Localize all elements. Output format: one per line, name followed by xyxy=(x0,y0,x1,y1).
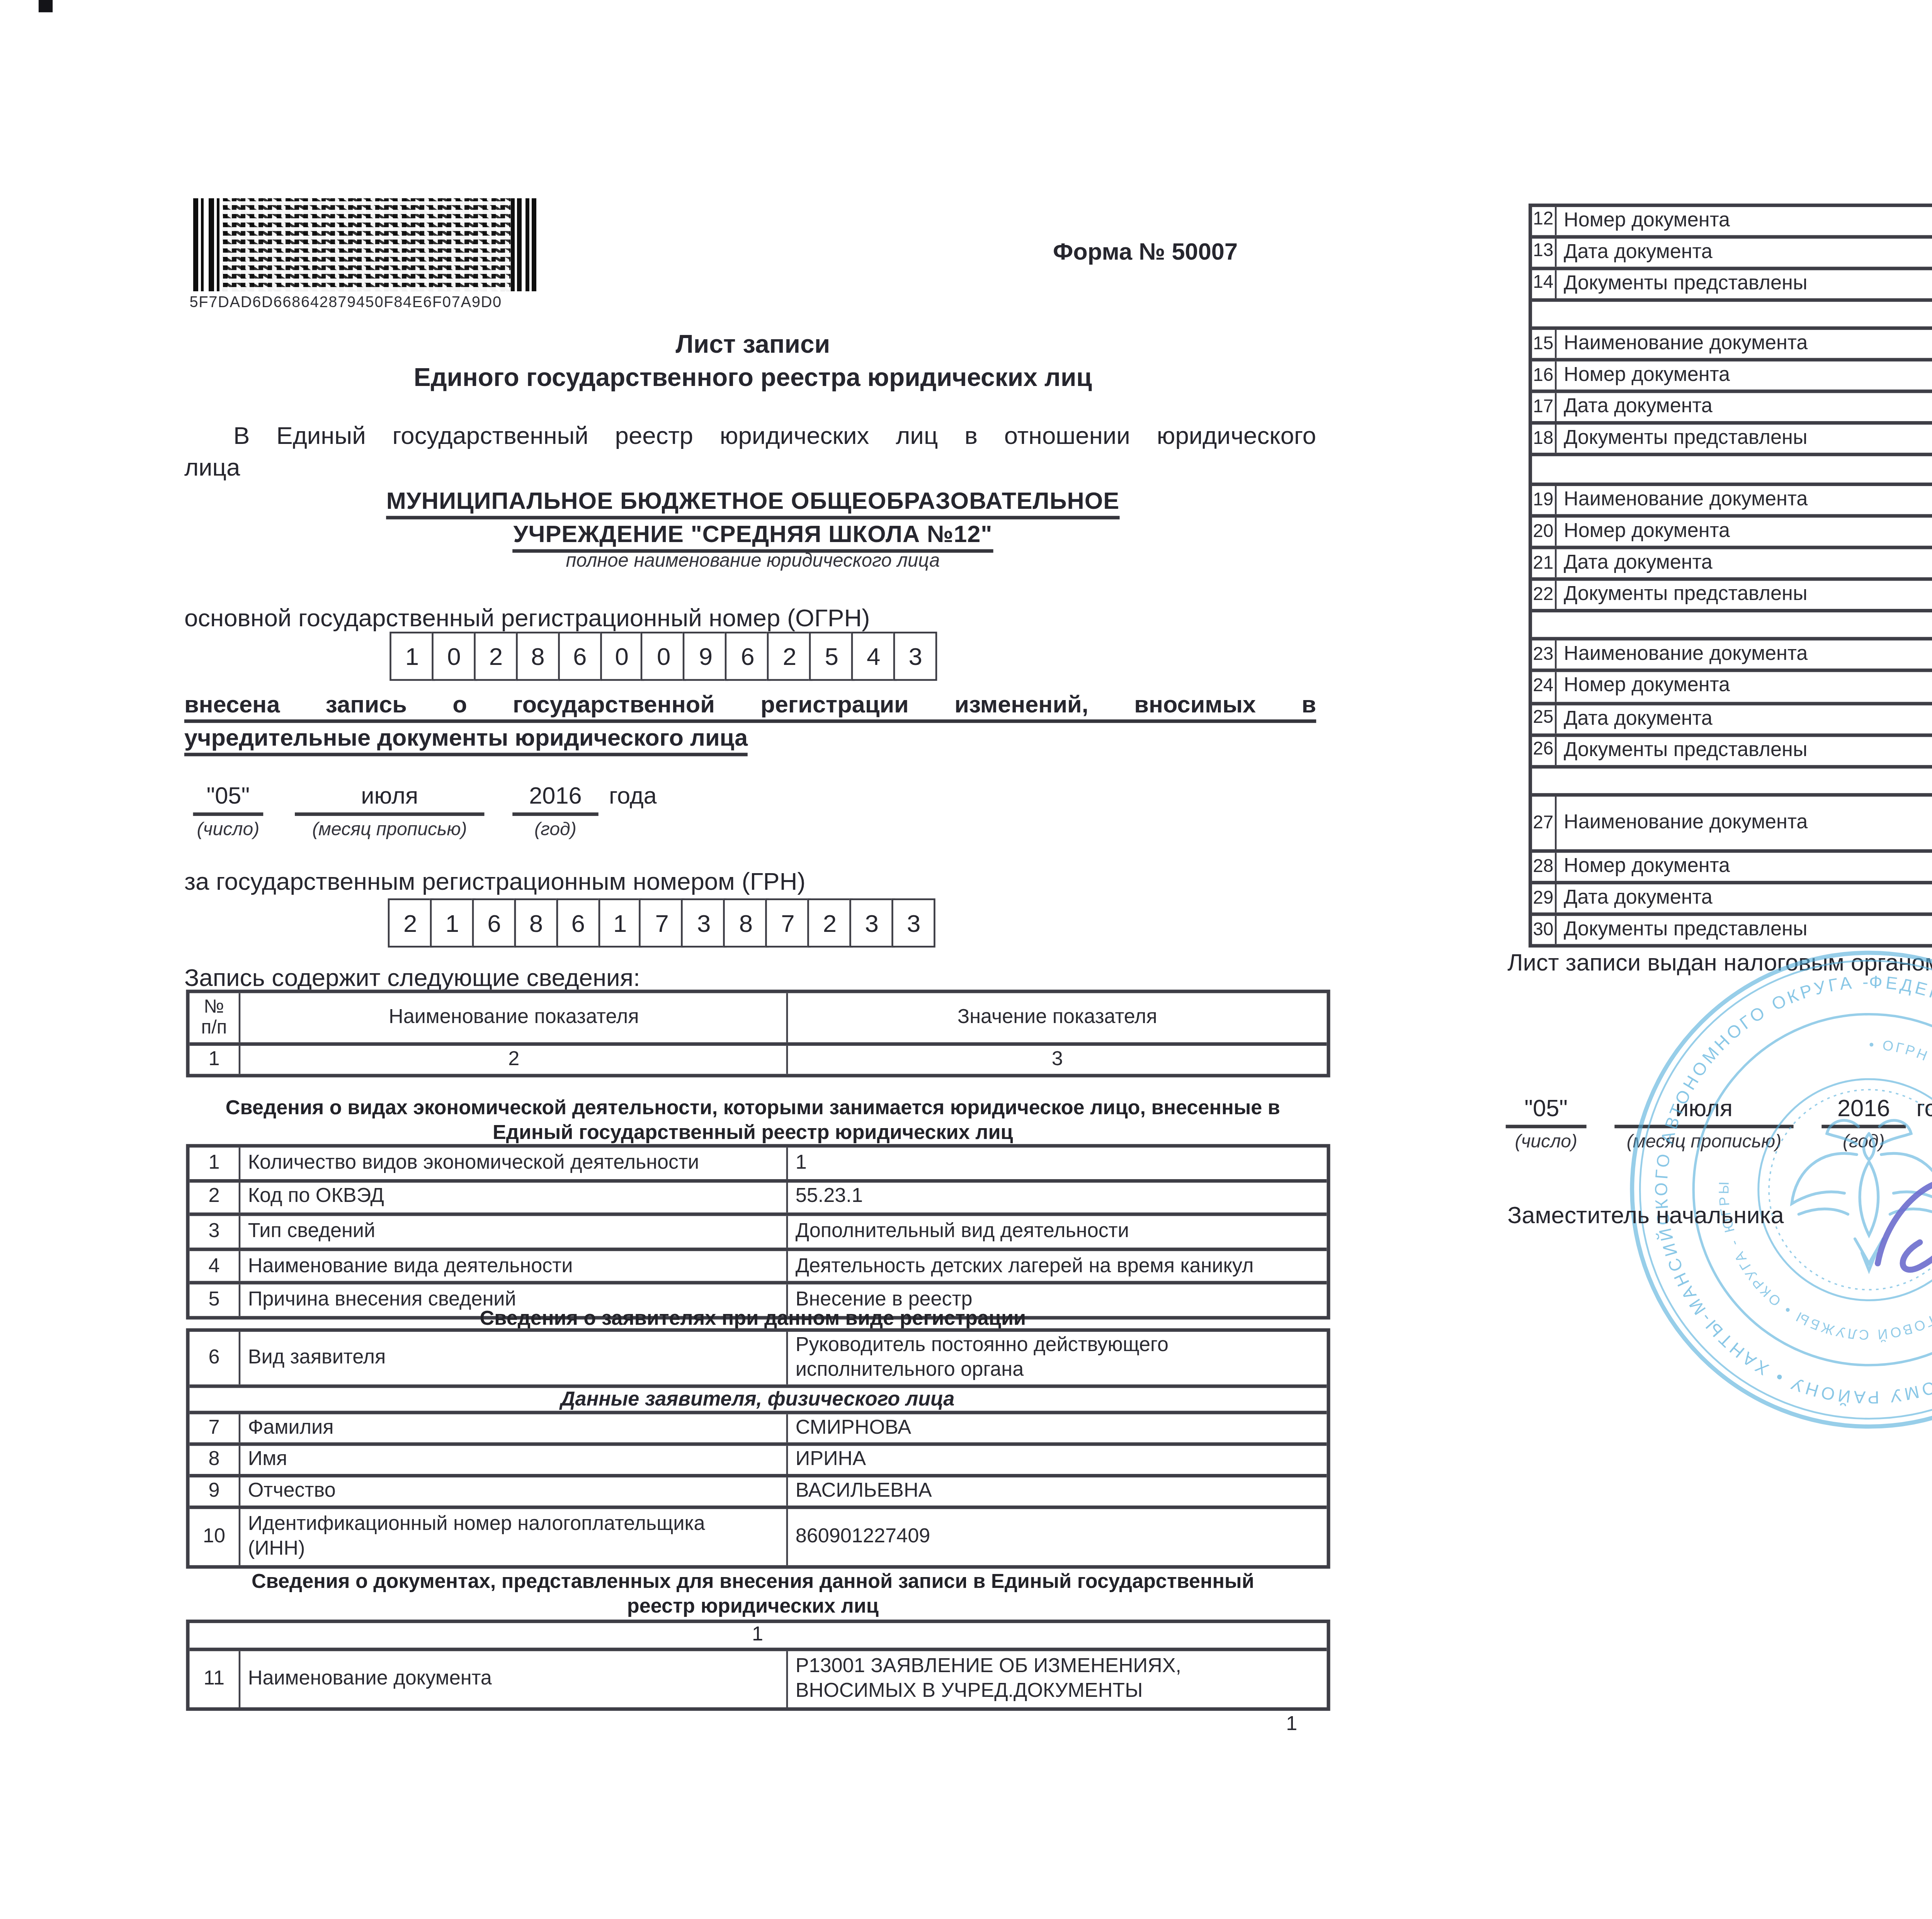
grn-digit: 8 xyxy=(514,898,558,947)
row-num: 2 xyxy=(189,1182,239,1213)
table-row: 25 Дата документа 16.06.2016 xyxy=(1531,701,1932,733)
row-label: Номер документа xyxy=(1555,517,1932,546)
ogrn-digit: 8 xyxy=(515,632,560,681)
statement-line2: учредительные документы юридического лиц… xyxy=(184,723,748,756)
row-num: 24 xyxy=(1531,673,1555,701)
documents-table-p1: 1 11 Наименование документа Р13001 ЗАЯВЛ… xyxy=(185,1620,1330,1711)
row-value: Р13001 ЗАЯВЛЕНИЕ ОБ ИЗМЕНЕНИЯХ, ВНОСИМЫХ… xyxy=(787,1651,1326,1707)
grn-digit: 7 xyxy=(639,898,684,947)
row-value: Руководитель постоянно действующего испо… xyxy=(787,1332,1326,1384)
org-name-line2: УЧРЕЖДЕНИЕ "СРЕДНЯЯ ШКОЛА №12" xyxy=(184,518,1321,552)
ogrn-label: основной государственный регистрационный… xyxy=(184,603,870,632)
row-label: Код по ОКВЭД xyxy=(239,1182,787,1213)
date-year-line xyxy=(512,812,599,816)
grn-digit: 2 xyxy=(388,898,433,947)
date-day-line xyxy=(1506,1125,1587,1128)
date-year-caption: (год) xyxy=(512,819,599,840)
row-label: Номер документа xyxy=(1555,362,1932,390)
document-group-row: 1 xyxy=(189,1623,1326,1648)
date-day-line xyxy=(193,812,264,816)
table-row: 7 Фамилия СМИРНОВА xyxy=(189,1411,1326,1443)
row-label: Наименование вида деятельности xyxy=(239,1251,787,1282)
col-index-3: 3 xyxy=(787,1046,1326,1074)
row-num: 25 xyxy=(1531,704,1555,733)
table-row: 19 Наименование документа ИЗМЕНЕНИЯ К УС… xyxy=(1531,483,1932,514)
table-row: 4 Наименование вида деятельности Деятель… xyxy=(189,1247,1326,1282)
row-value: Дополнительный вид деятельности xyxy=(787,1216,1326,1247)
table-row: 23 Наименование документа РАСПОРЯЖЕНИЕ xyxy=(1531,638,1932,670)
record-intro: Запись содержит следующие сведения: xyxy=(184,963,640,991)
table-row: 21 Дата документа 23.06.2016 xyxy=(1531,546,1932,577)
ogrn-digit: 5 xyxy=(809,632,854,681)
form-number-label: Форма № 50007 xyxy=(1053,239,1238,265)
applicants-table: 6 Вид заявителя Руководитель постоянно д… xyxy=(185,1328,1330,1569)
ogrn-digit: 2 xyxy=(767,632,812,681)
page1-number: 1 xyxy=(1274,1714,1309,1735)
date-year: 2016 xyxy=(512,783,599,809)
row-num: 29 xyxy=(1531,884,1555,913)
row-label: Номер документа xyxy=(1555,673,1932,701)
section-applicants-heading: Сведения о заявителях при данном виде ре… xyxy=(184,1309,1321,1330)
table-row: 28 Номер документа 459 xyxy=(1531,849,1932,881)
table-row: 18 Документы представлены на бумажном но… xyxy=(1531,422,1932,454)
row-num: 1 xyxy=(189,1147,239,1178)
row-num: 3 xyxy=(189,1216,239,1247)
section-activities-heading2: Единый государственный реестр юридически… xyxy=(184,1122,1321,1143)
date-month-line xyxy=(295,812,485,816)
table-row: 30 Документы представлены на бумажном но… xyxy=(1531,913,1932,944)
col-num-header: №п/п xyxy=(189,993,239,1042)
scan-artifact-mark xyxy=(39,0,53,12)
row-label: Документы представлены xyxy=(1555,581,1932,609)
table-row: 2 Код по ОКВЭД 55.23.1 xyxy=(189,1178,1326,1213)
row-label: Вид заявителя xyxy=(239,1332,787,1384)
barcode-matrix xyxy=(223,198,511,291)
row-num: 8 xyxy=(189,1446,239,1474)
row-num: 15 xyxy=(1531,330,1555,359)
table-row: 20 Номер документа ЮБ/Н xyxy=(1531,514,1932,546)
date-day: "05" xyxy=(1506,1095,1587,1121)
applicant-subheading-row: Данные заявителя, физического лица xyxy=(189,1385,1326,1411)
document-group-row: 5 xyxy=(1531,764,1932,793)
table-row: 27 Наименование документа ДОКУМЕНТ ОБ ОП… xyxy=(1531,793,1932,849)
grn-digit: 3 xyxy=(682,898,726,947)
row-label: Отчество xyxy=(239,1477,787,1506)
row-num: 16 xyxy=(1531,362,1555,390)
row-label: Дата документа xyxy=(1555,704,1932,733)
org-name-line1: МУНИЦИПАЛЬНОЕ БЮДЖЕТНОЕ ОБЩЕОБРАЗОВАТЕЛЬ… xyxy=(184,486,1321,519)
row-num: 20 xyxy=(1531,517,1555,546)
row-value: 860901227409 xyxy=(787,1509,1326,1565)
row-label: Номер документа xyxy=(1555,853,1932,881)
barcode-caption: 5F7DAD6D668642879450F84E6F07A9D0 xyxy=(190,293,576,310)
row-num: 30 xyxy=(1531,916,1555,944)
row-num: 10 xyxy=(189,1509,239,1565)
table-row: 1 2 3 xyxy=(189,1042,1326,1074)
grn-digit: 2 xyxy=(807,898,852,947)
table-row: 10 Идентификационный номер налогоплатель… xyxy=(189,1506,1326,1565)
row-value: СМИРНОВА xyxy=(787,1414,1326,1443)
row-num: 23 xyxy=(1531,641,1555,670)
table-row: 12 Номер документа Б/Н xyxy=(1531,207,1932,235)
row-num: 27 xyxy=(1531,797,1555,849)
table-row: 1 Количество видов экономической деятель… xyxy=(189,1147,1326,1178)
grn-digit: 1 xyxy=(430,898,474,947)
ogrn-digit: 0 xyxy=(641,632,686,681)
section-documents-heading2: реестр юридических лиц xyxy=(184,1596,1321,1617)
date-year-suffix: года xyxy=(609,783,657,809)
row-label: Количество видов экономической деятельно… xyxy=(239,1147,787,1178)
documents-table-p2: 12 Номер документа Б/Н 13 Дата документа… xyxy=(1528,203,1932,948)
row-label: Идентификационный номер налогоплательщик… xyxy=(239,1509,787,1565)
barcode-left-bars xyxy=(193,198,223,291)
doc-title-line2: Единого государственного реестра юридиче… xyxy=(184,364,1321,392)
table-row: 15 Наименование документа ПРИКАЗ xyxy=(1531,327,1932,359)
document-scan-canvas: 5F7DAD6D668642879450F84E6F07A9D0 Форма №… xyxy=(0,0,1932,1919)
col-index-1: 1 xyxy=(189,1046,239,1074)
row-label: Тип сведений xyxy=(239,1216,787,1247)
grn-digit: 6 xyxy=(472,898,517,947)
table-row: 3 Тип сведений Дополнительный вид деятел… xyxy=(189,1213,1326,1247)
ogrn-digit: 0 xyxy=(599,632,644,681)
row-num: 26 xyxy=(1531,736,1555,764)
row-value: 1 xyxy=(787,1147,1326,1178)
row-label: Имя xyxy=(239,1446,787,1474)
ogrn-digit: 0 xyxy=(432,632,476,681)
table-row: 13 Дата документа 28.06.2016 xyxy=(1531,235,1932,267)
ogrn-digit: 6 xyxy=(558,632,602,681)
row-num: 14 xyxy=(1531,270,1555,298)
table-row: 22 Документы представлены на бумажном но… xyxy=(1531,577,1932,609)
grn-label: за государственным регистрационным номер… xyxy=(184,867,806,895)
table-row: 11 Наименование документа Р13001 ЗАЯВЛЕН… xyxy=(189,1648,1326,1707)
row-num: 6 xyxy=(189,1332,239,1384)
document-group-row: 2 xyxy=(1531,298,1932,327)
row-label: Дата документа xyxy=(1555,549,1932,577)
section-documents-heading1: Сведения о документах, представленных дл… xyxy=(184,1571,1321,1593)
row-num: 28 xyxy=(1531,853,1555,881)
row-num: 17 xyxy=(1531,394,1555,422)
row-label: Наименование документа xyxy=(1555,641,1932,670)
col-value-header: Значение показателя xyxy=(787,993,1326,1042)
row-num: 4 xyxy=(189,1251,239,1282)
table-row: 29 Дата документа 27.06.2016 xyxy=(1531,881,1932,913)
grn-digit: 8 xyxy=(723,898,768,947)
col-name-header: Наименование показателя xyxy=(239,993,787,1042)
row-num: 13 xyxy=(1531,238,1555,267)
ogrn-digit: 9 xyxy=(683,632,728,681)
ogrn-digit: 4 xyxy=(851,632,896,681)
document-group-row: 3 xyxy=(1531,454,1932,483)
grn-digit: 3 xyxy=(891,898,936,947)
date-month-caption: (месяц прописью) xyxy=(281,819,498,840)
date-day: "05" xyxy=(193,783,264,809)
barcode-right-bars xyxy=(511,198,537,291)
row-num: 19 xyxy=(1531,486,1555,514)
row-value: ВАСИЛЬЕВНА xyxy=(787,1477,1326,1506)
date-day-caption: (число) xyxy=(1492,1131,1600,1152)
row-num: 12 xyxy=(1531,207,1555,235)
row-label: Наименование документа xyxy=(239,1651,787,1707)
grn-digit: 3 xyxy=(849,898,894,947)
row-label: Фамилия xyxy=(239,1414,787,1443)
row-label: Дата документа xyxy=(1555,884,1932,913)
row-value: 55.23.1 xyxy=(787,1182,1326,1213)
grn-digit: 7 xyxy=(765,898,810,947)
table-row: 16 Номер документа 1255/36-П xyxy=(1531,359,1932,390)
row-num: 18 xyxy=(1531,425,1555,454)
date-month: июля xyxy=(295,783,485,809)
ogrn-digit: 1 xyxy=(389,632,434,681)
activities-table: 1 Количество видов экономической деятель… xyxy=(185,1144,1330,1319)
row-num: 21 xyxy=(1531,549,1555,577)
ogrn-digit: 2 xyxy=(473,632,518,681)
doc-title-line1: Лист записи xyxy=(184,331,1321,360)
row-num: 11 xyxy=(189,1651,239,1707)
table-row: 26 Документы представлены на бумажном но… xyxy=(1531,733,1932,764)
official-signature xyxy=(1825,1091,1932,1407)
grn-digit: 1 xyxy=(598,898,643,947)
row-label: Дата документа xyxy=(1555,394,1932,422)
row-value: ИРИНА xyxy=(787,1446,1326,1474)
official-title: Заместитель начальника xyxy=(1507,1202,1784,1228)
grn-digit-boxes: 2 1 6 8 6 1 7 3 8 7 2 3 3 xyxy=(388,898,936,947)
table-row: 14 Документы представлены на бумажном но… xyxy=(1531,267,1932,298)
intro-line2: лица xyxy=(184,452,240,480)
grn-digit: 6 xyxy=(556,898,600,947)
org-name-caption: полное наименование юридического лица xyxy=(184,551,1321,572)
table-row: 6 Вид заявителя Руководитель постоянно д… xyxy=(189,1332,1326,1384)
row-label: Наименование документа xyxy=(1555,486,1932,514)
row-num: 22 xyxy=(1531,581,1555,609)
row-label: Документы представлены xyxy=(1555,736,1932,764)
scanned-document: 5F7DAD6D668642879450F84E6F07A9D0 Форма №… xyxy=(0,0,1932,1919)
indicator-header-table: №п/п Наименование показателя Значение по… xyxy=(185,990,1330,1078)
barcode-2d xyxy=(193,198,537,291)
row-label: Документы представлены xyxy=(1555,425,1932,454)
row-num: 9 xyxy=(189,1477,239,1506)
table-row: 8 Имя ИРИНА xyxy=(189,1442,1326,1474)
table-row: №п/п Наименование показателя Значение по… xyxy=(189,993,1326,1042)
table-row: 9 Отчество ВАСИЛЬЕВНА xyxy=(189,1474,1326,1506)
ogrn-digit: 3 xyxy=(893,632,938,681)
row-label: Наименование документа xyxy=(1555,330,1932,359)
col-index-2: 2 xyxy=(239,1046,787,1074)
ogrn-digit: 6 xyxy=(725,632,770,681)
row-value: Деятельность детских лагерей на время ка… xyxy=(787,1251,1326,1282)
row-label: Документы представлены xyxy=(1555,916,1932,944)
table-row: 24 Номер документа 878-Р xyxy=(1531,670,1932,701)
statement-line1: внесена запись о государственной регистр… xyxy=(184,691,1316,723)
date-day-caption: (число) xyxy=(177,819,279,840)
section-activities-heading1: Сведения о видах экономической деятельно… xyxy=(184,1098,1321,1119)
row-num: 7 xyxy=(189,1414,239,1443)
ogrn-digit-boxes: 1 0 2 8 6 0 0 9 6 2 5 4 3 xyxy=(389,632,938,681)
document-group-row: 4 xyxy=(1531,609,1932,638)
table-row: 17 Дата документа 23.06.2016 xyxy=(1531,390,1932,422)
row-label: Номер документа xyxy=(1555,207,1932,235)
row-label: Наименование документа xyxy=(1555,797,1932,849)
row-label: Дата документа xyxy=(1555,238,1932,267)
intro-line1: В Единый государственный реестр юридичес… xyxy=(184,421,1316,449)
row-label: Документы представлены xyxy=(1555,270,1932,298)
